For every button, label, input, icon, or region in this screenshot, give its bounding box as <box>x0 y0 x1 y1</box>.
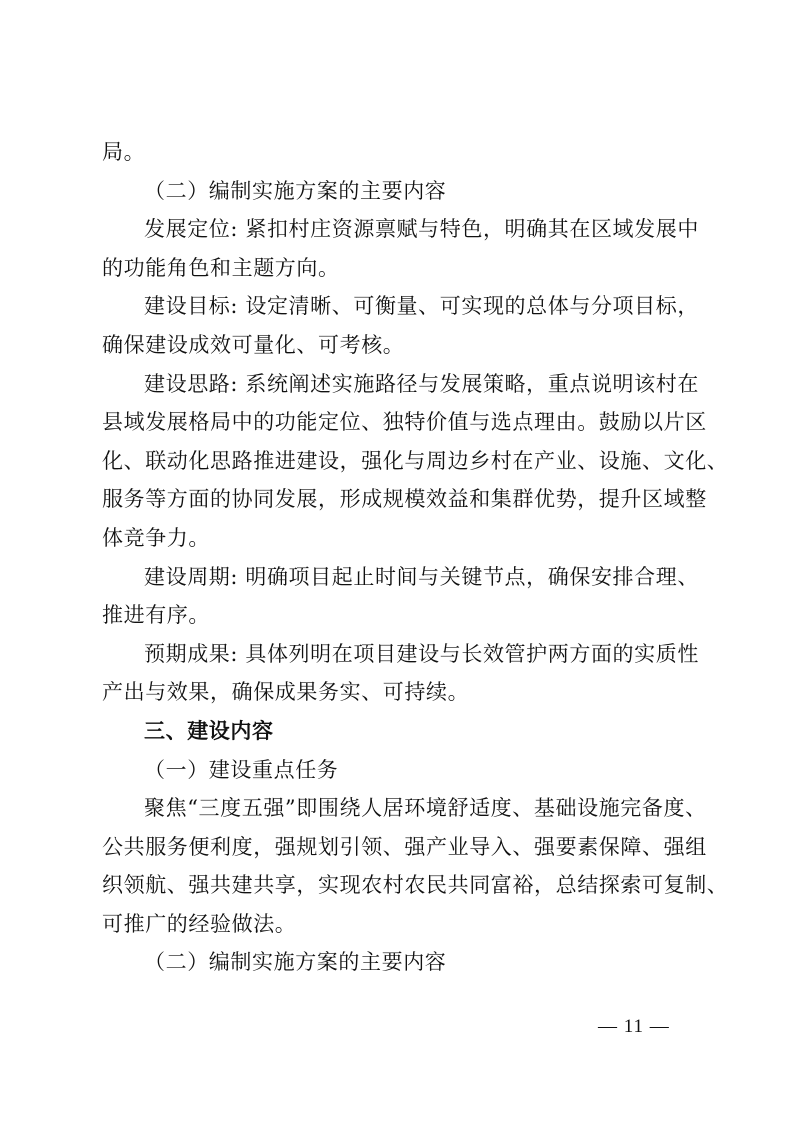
text-line: 推进有序。 <box>102 596 692 635</box>
text-line: 体竞争力。 <box>102 519 692 558</box>
text-line: 可推广的经验做法。 <box>102 905 692 944</box>
text-line: 县域发展格局中的功能定位、独特价值与选点理由。鼓励以片区 <box>102 403 692 442</box>
text-line: 局。 <box>102 133 692 172</box>
text-line: 织领航、强共建共享，实现农村农民共同富裕，总结探索可复制、 <box>102 866 692 905</box>
subheading-compile-plan-2: （二）编制实施方案的主要内容 <box>102 943 692 982</box>
page-number: — 11 — <box>598 1016 670 1038</box>
paragraph-construction-goals: 建设目标: 设定清晰、可衡量、可实现的总体与分项目标， <box>102 287 692 326</box>
paragraph-development-positioning: 发展定位: 紧扣村庄资源禀赋与特色，明确其在区域发展中 <box>102 210 692 249</box>
text-line: 确保建设成效可量化、可考核。 <box>102 326 692 365</box>
paragraph-construction-approach: 建设思路: 系统阐述实施路径与发展策略，重点说明该村在 <box>102 365 692 404</box>
document-page: 局。 （二）编制实施方案的主要内容 发展定位: 紧扣村庄资源禀赋与特色，明确其在… <box>102 133 692 982</box>
subheading-key-tasks: （一）建设重点任务 <box>102 751 692 790</box>
paragraph-expected-results: 预期成果: 具体列明在项目建设与长效管护两方面的实质性 <box>102 635 692 674</box>
text-line: 的功能角色和主题方向。 <box>102 249 692 288</box>
text-line: 化、联动化思路推进建设，强化与周边乡村在产业、设施、文化、 <box>102 442 692 481</box>
section-heading-construction-content: 三、建设内容 <box>102 712 692 751</box>
text-line: 产出与效果，确保成果务实、可持续。 <box>102 673 692 712</box>
paragraph-three-degrees-five-strengths: 聚焦“三度五强”即围绕人居环境舒适度、基础设施完备度、 <box>102 789 692 828</box>
text-line: 公共服务便利度，强规划引领、强产业导入、强要素保障、强组 <box>102 828 692 867</box>
paragraph-construction-period: 建设周期: 明确项目起止时间与关键节点，确保安排合理、 <box>102 558 692 597</box>
subheading-compile-plan: （二）编制实施方案的主要内容 <box>102 172 692 211</box>
text-line: 服务等方面的协同发展，形成规模效益和集群优势，提升区域整 <box>102 480 692 519</box>
